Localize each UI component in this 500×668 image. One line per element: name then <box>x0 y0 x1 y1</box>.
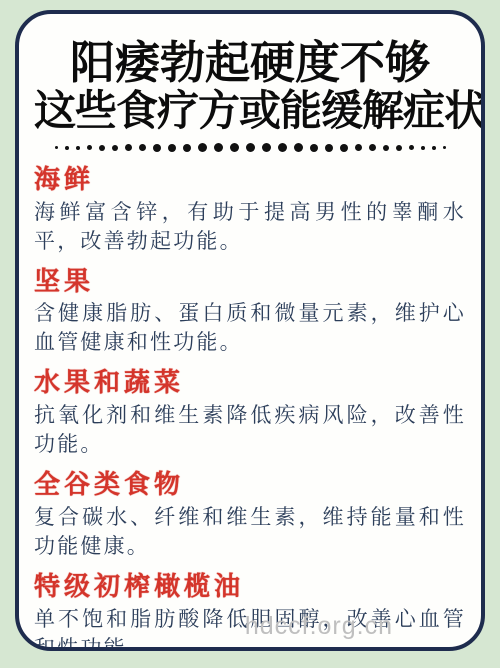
divider-dot <box>409 145 414 150</box>
section-nuts: 坚果 含健康脂肪、蛋白质和微量元素，维护心血管健康和性功能。 <box>34 267 466 358</box>
divider-dot <box>310 144 318 152</box>
divider-dot <box>432 146 436 150</box>
divider-dot <box>99 145 105 151</box>
divider-dot <box>369 144 376 151</box>
divider-dot <box>443 146 446 149</box>
section-fruits-vegetables: 水果和蔬菜 抗氧化剂和维生素降低疾病风险，改善性功能。 <box>34 368 466 459</box>
section-heading: 特级初榨橄榄油 <box>34 572 466 602</box>
divider-dot <box>112 145 118 151</box>
section-whole-grains: 全谷类食物 复合碳水、纤维和维生素，维持能量和性功能健康。 <box>34 470 466 561</box>
section-seafood: 海鲜 海鲜富含锌，有助于提高男性的睾酮水平，改善勃起功能。 <box>34 165 466 256</box>
poster-card: 阳痿勃起硬度不够 这些食疗方或能缓解症状 海鲜 海鲜富含锌，有助于提高男性的睾酮… <box>15 10 485 651</box>
divider-dot <box>65 146 69 150</box>
divider-dot <box>87 145 92 150</box>
divider-dot <box>76 146 80 150</box>
divider-dot <box>262 143 271 152</box>
section-heading: 坚果 <box>34 267 466 297</box>
divider-dot <box>278 143 287 152</box>
divider-dot <box>214 143 223 152</box>
divider-dot <box>230 143 239 152</box>
divider-dot <box>168 144 176 152</box>
dotted-divider <box>44 142 456 154</box>
divider-dot <box>383 145 389 151</box>
section-heading: 水果和蔬菜 <box>34 368 466 398</box>
section-heading: 全谷类食物 <box>34 470 466 500</box>
divider-dot <box>340 144 348 152</box>
divider-dot <box>125 144 132 151</box>
divider-dot <box>183 144 191 152</box>
poster-title-line2: 这些食疗方或能缓解症状 <box>34 88 466 134</box>
divider-dot <box>198 143 207 152</box>
divider-dot <box>396 145 402 151</box>
divider-dot <box>246 143 255 152</box>
section-body: 抗氧化剂和维生素降低疾病风险，改善性功能。 <box>34 401 466 459</box>
poster-title: 阳痿勃起硬度不够 这些食疗方或能缓解症状 <box>34 38 466 134</box>
divider-dot <box>139 144 146 151</box>
section-body: 复合碳水、纤维和维生素，维持能量和性功能健康。 <box>34 503 466 561</box>
section-heading: 海鲜 <box>34 165 466 195</box>
divider-dot <box>325 144 333 152</box>
watermark-text: hdccf.org.cn <box>245 612 393 641</box>
divider-dot <box>55 146 58 149</box>
poster-title-line1: 阳痿勃起硬度不够 <box>34 38 466 88</box>
section-body: 含健康脂肪、蛋白质和微量元素，维护心血管健康和性功能。 <box>34 299 466 357</box>
divider-dot <box>294 143 303 152</box>
divider-dot <box>355 144 362 151</box>
divider-dot <box>153 144 161 152</box>
section-body: 海鲜富含锌，有助于提高男性的睾酮水平，改善勃起功能。 <box>34 198 466 256</box>
divider-dot <box>421 146 425 150</box>
